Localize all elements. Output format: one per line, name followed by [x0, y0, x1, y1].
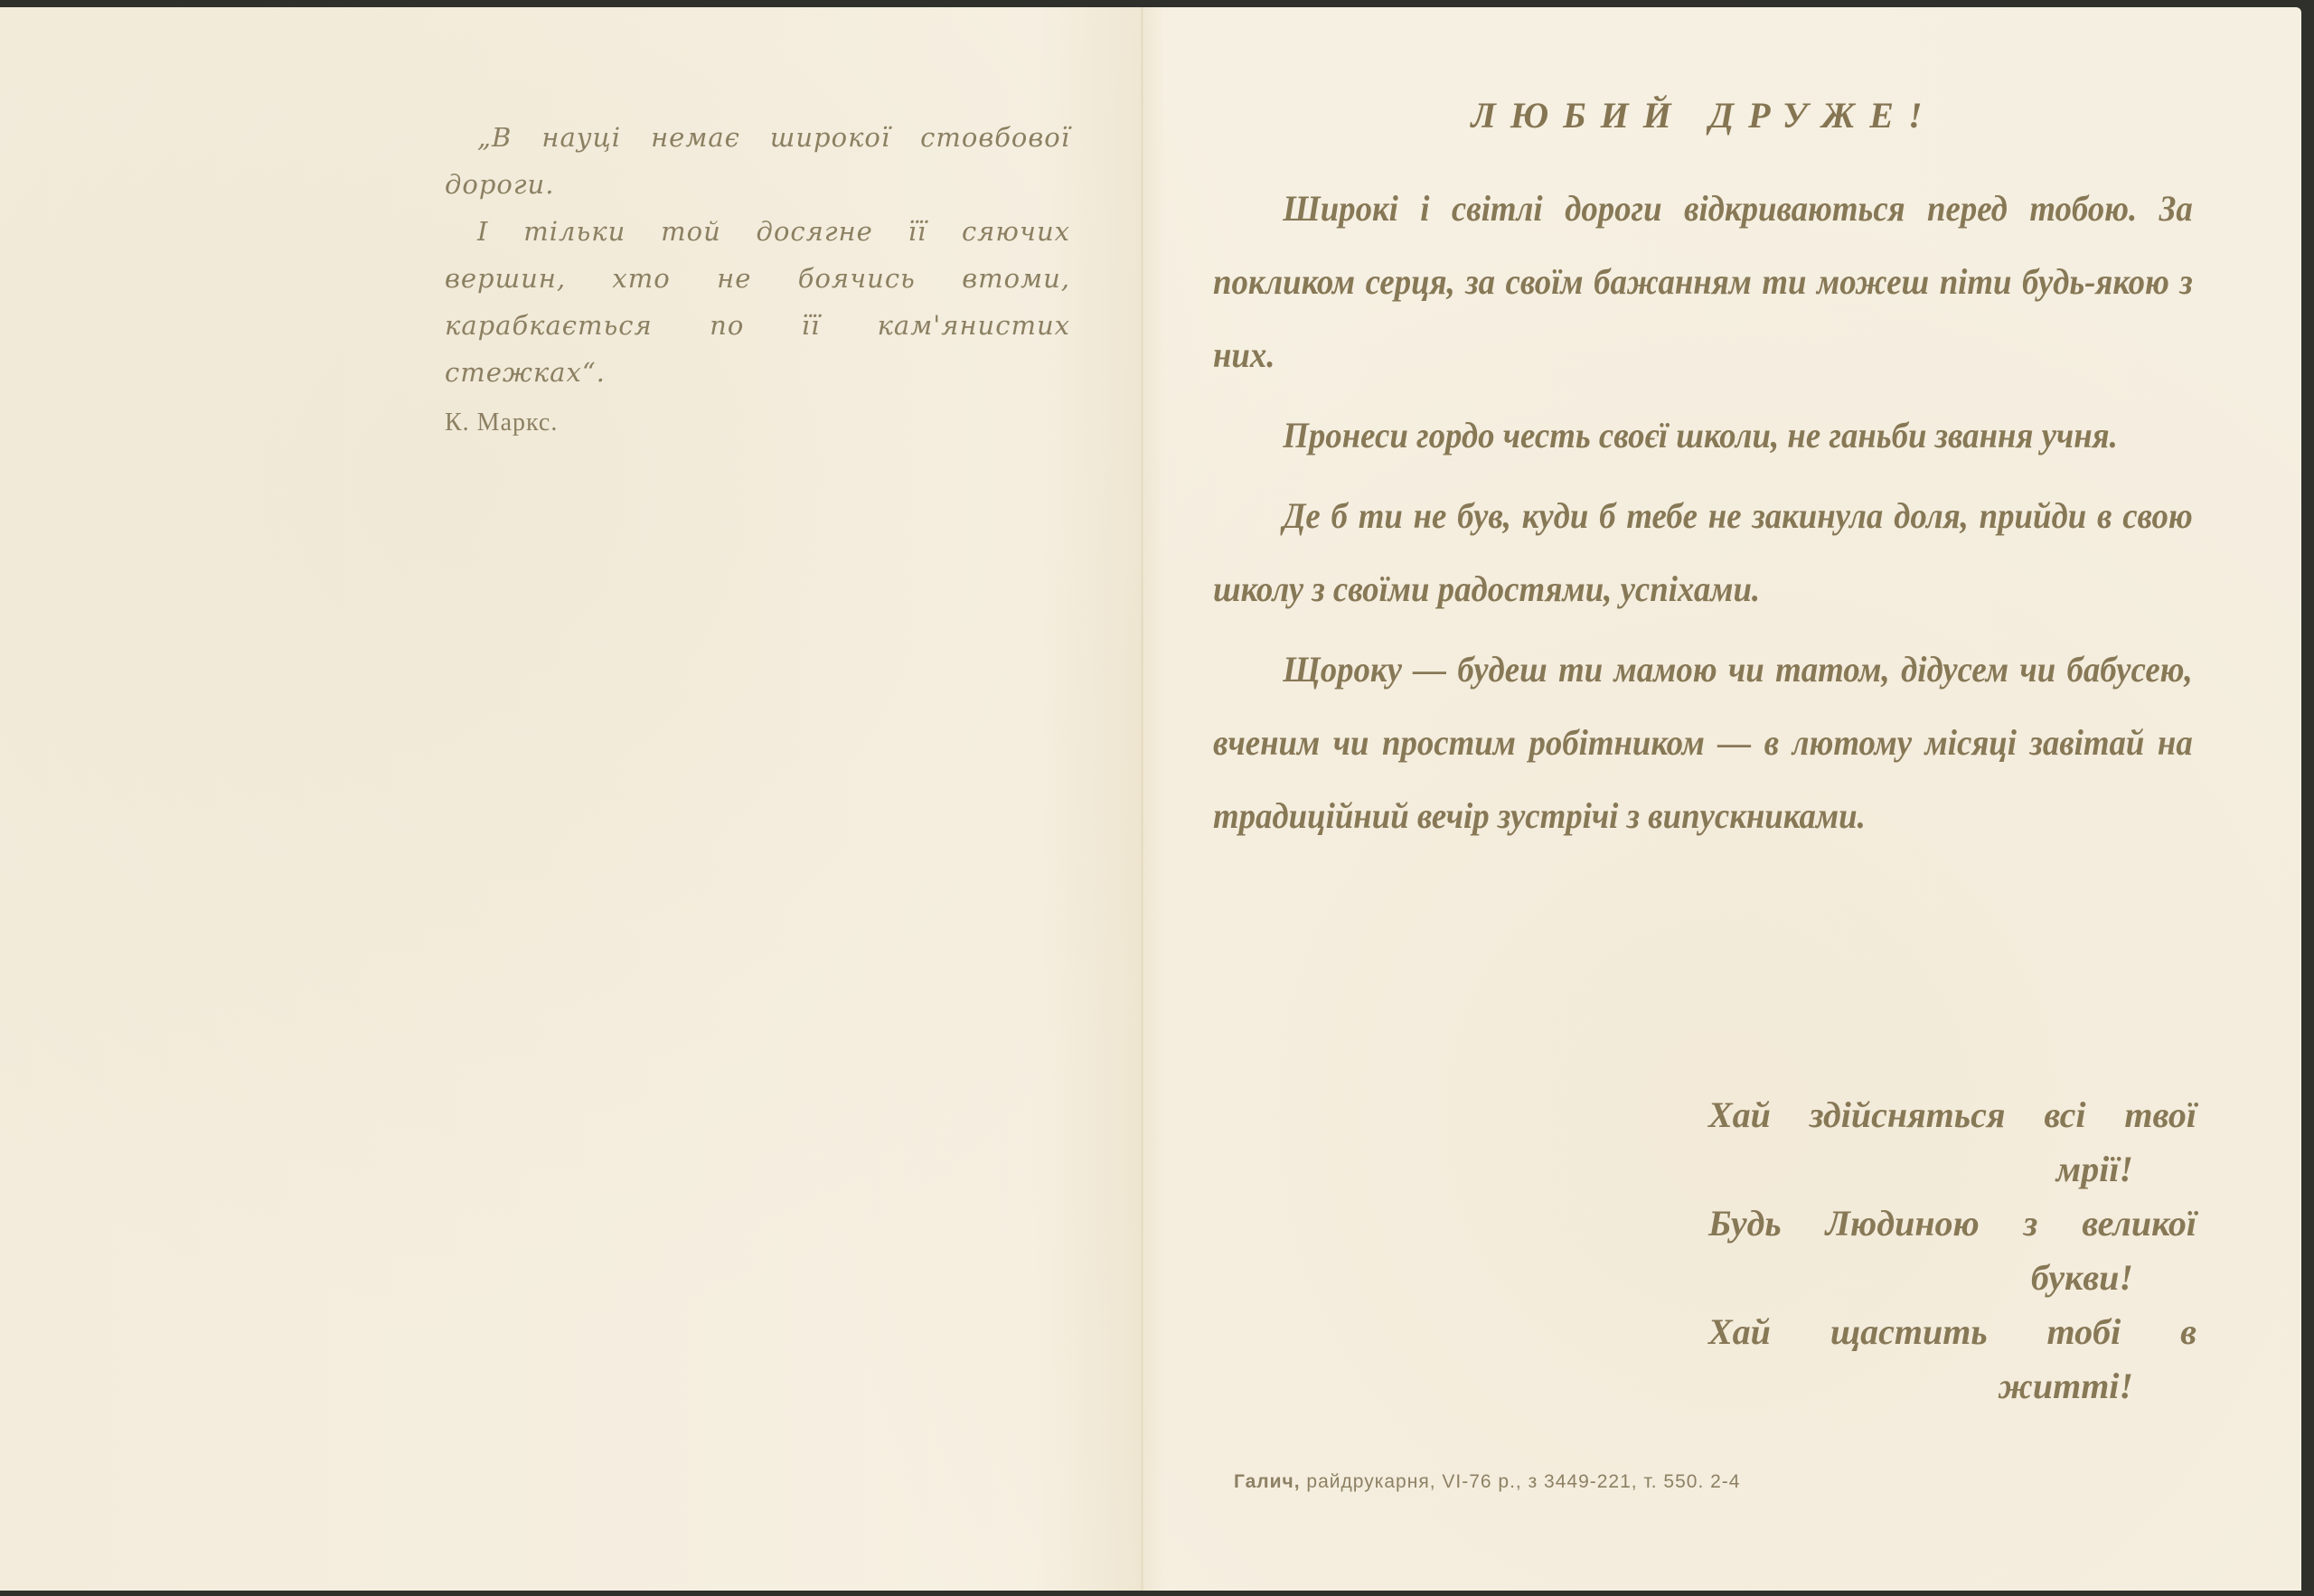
wish-1-line-1: Хай здійсняться всі твої [1708, 1088, 2196, 1142]
imprint-place: Галич, [1234, 1471, 1301, 1492]
letter-body: Широкі і світлі дороги відкриваються пер… [1213, 172, 2114, 859]
body-paragraph-2: Пронеси гордо честь своєї школи, не гань… [1213, 399, 2193, 472]
imprint-details: райдрукарня, VI-76 р., з 3449-221, т. 55… [1301, 1471, 1741, 1492]
quote-paragraph-1: „В науці немає широкої стовбової дороги. [445, 114, 1070, 208]
wish-3-line-1: Хай щастить тобі в [1708, 1305, 2196, 1359]
printer-imprint: Галич, райдрукарня, VI-76 р., з 3449-221… [1234, 1471, 1740, 1493]
closing-wishes: Хай здійсняться всі твої мрії! Будь Люди… [1708, 1088, 2196, 1413]
wish-2-line-2: букви! [1708, 1251, 2196, 1305]
wish-1-line-2: мрії! [1708, 1142, 2196, 1197]
body-paragraph-4: Щороку — будеш ти мамою чи татом, дідусе… [1213, 633, 2193, 852]
wish-3-line-2: житті! [1708, 1359, 2196, 1413]
fold-line [1141, 7, 1143, 1591]
epigraph-quote: „В науці немає широкої стовбової дороги.… [445, 114, 1070, 446]
body-paragraph-1: Широкі і світлі дороги відкриваються пер… [1213, 172, 2193, 391]
greeting-heading: ЛЮБИЙ ДРУЖЕ! [1211, 94, 2196, 136]
quote-paragraph-2: І тільки той досягне її сяючих вершин, х… [445, 208, 1070, 396]
quote-author: К. Маркс. [445, 399, 1070, 446]
body-paragraph-3: Де б ти не був, куди б тебе не закинула … [1213, 479, 2193, 625]
wish-2-line-1: Будь Людиною з великої [1708, 1197, 2196, 1251]
